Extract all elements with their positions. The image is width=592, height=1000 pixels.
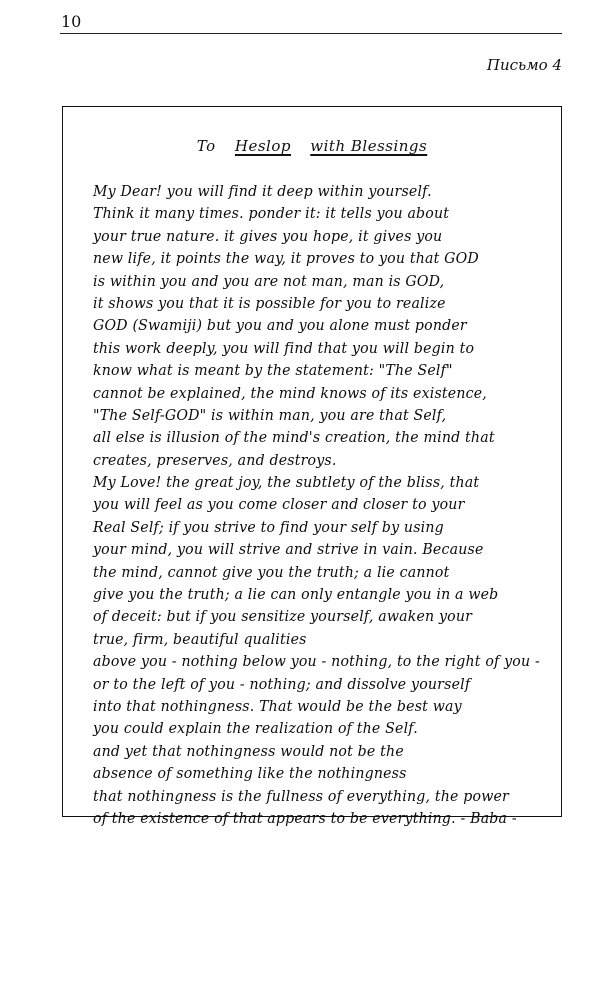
letter-facsimile-frame: To Heslop with Blessings My Dear! you wi… [62,106,562,817]
letter-line: this work deeply, you will find that you… [93,338,541,360]
letter-line: Think it many times. ponder it: it tells… [93,203,541,225]
letter-line: know what is meant by the statement: "Th… [93,360,541,382]
letter-line: creates, preserves, and destroys. [93,450,541,472]
letter-line: "The Self-GOD" is within man, you are th… [93,405,541,427]
letter-line: cannot be explained, the mind knows of i… [93,383,541,405]
letter-line: My Love! the great joy, the subtlety of … [93,472,541,494]
letter-line: the mind, cannot give you the truth; a l… [93,562,541,584]
letter-line: your true nature. it gives you hope, it … [93,226,541,248]
letter-line: true, firm, beautiful qualities [93,629,541,651]
letter-line: into that nothingness. That would be the… [93,696,541,718]
letter-line: you will feel as you come closer and clo… [93,494,541,516]
letter-line: your mind, you will strive and strive in… [93,539,541,561]
letter-salutation: To Heslop with Blessings [63,137,561,155]
salutation-prefix: To [197,137,216,155]
letter-line: and yet that nothingness would not be th… [93,741,541,763]
letter-line: of the existence of that appears to be e… [93,808,541,830]
letter-line: you could explain the realization of the… [93,718,541,740]
salutation-closing-phrase: with Blessings [310,137,427,155]
header-divider [60,33,562,34]
letter-line: absence of something like the nothingnes… [93,763,541,785]
salutation-recipient: Heslop [235,137,291,155]
letter-line: is within you and you are not man, man i… [93,271,541,293]
letter-line: new life, it points the way, it proves t… [93,248,541,270]
letter-line: it shows you that it is possible for you… [93,293,541,315]
letter-line: give you the truth; a lie can only entan… [93,584,541,606]
letter-line: that nothingness is the fullness of ever… [93,786,541,808]
letter-line: My Dear! you will find it deep within yo… [93,181,541,203]
letter-body: My Dear! you will find it deep within yo… [93,181,553,830]
letter-line: Real Self; if you strive to find your se… [93,517,541,539]
letter-line: all else is illusion of the mind's creat… [93,427,541,449]
letter-line: GOD (Swamiji) but you and you alone must… [93,315,541,337]
page-number: 10 [61,12,81,31]
letter-line: or to the left of you - nothing; and dis… [93,674,541,696]
letter-line: above you - nothing below you - nothing,… [93,651,541,673]
letter-label: Письмо 4 [487,56,562,74]
letter-line: of deceit: but if you sensitize yourself… [93,606,541,628]
